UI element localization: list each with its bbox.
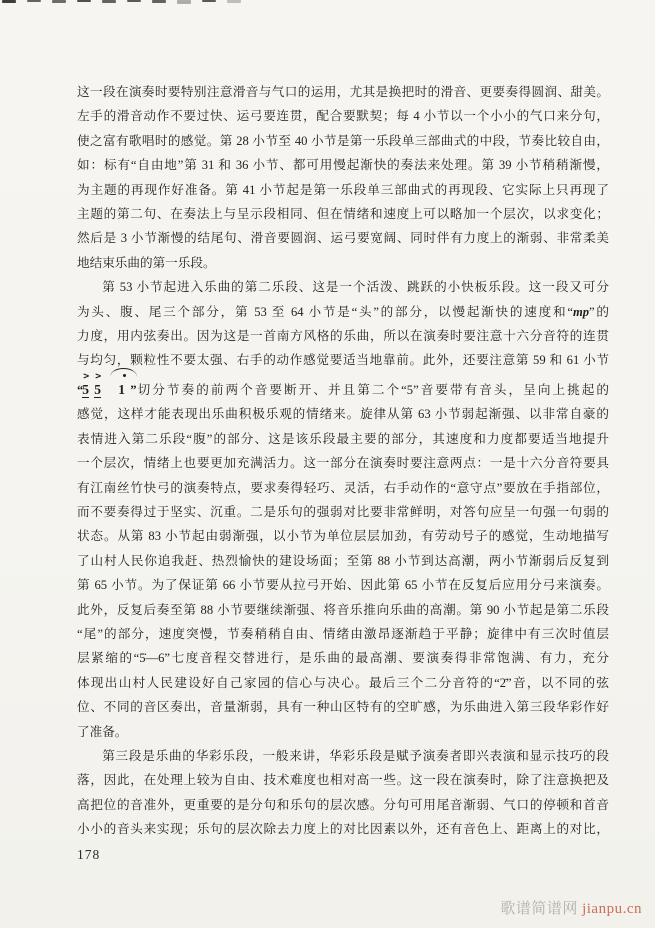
note-1-high: 1 — [118, 378, 130, 402]
text-line: 体现出山村人民建设好自己家园的信心与决心。最后三个二分音符的“2̇”音，以不同的… — [77, 671, 609, 695]
text-line: 如：标有“自由地”第 31 和 36 小节、都可用慢起渐快的奏法来处理。第 39… — [77, 153, 609, 177]
dash — [2, 0, 16, 3]
dash — [152, 0, 166, 3]
accent-mark: > — [83, 365, 89, 389]
text-line: 感觉，这样才能表现出乐曲积极乐观的情绪来。旋律从第 63 小节弱起渐强、以非常自… — [77, 402, 609, 426]
text-line: 为头、腹、尾三个部分，第 53 至 64 小节是“头”的部分，以慢起渐快的速度和… — [77, 300, 609, 324]
text-line: “尾”的部分，速度突慢，节奏稍稍自由、情绪由激昂逐渐趋于平静；旋律中有三次时值层 — [77, 622, 609, 646]
text-line paragraph-start: 第 53 小节起进入乐曲的第二乐段、这是一个活泼、跳跃的小快板乐段。这一段又可分 — [77, 275, 609, 299]
note-5-second: >5 — [94, 378, 106, 402]
text-line: 然后是 3 小节渐慢的结尾句、滑音要圆润、运弓要宽阔、同时伴有力度上的渐弱、非常… — [77, 226, 609, 250]
text-line paragraph-start: 第三段是乐曲的华彩乐段，一般来讲，华彩乐段是赋予演奏者即兴表演和显示技巧的段 — [77, 744, 609, 768]
dash — [227, 0, 241, 3]
text-line: 层紧缩的“5̇—6”七度音程交替进行，是乐曲的最高潮、要演奏得非常饱满、有力，充… — [77, 646, 609, 670]
text-line: 了准备。 — [77, 720, 609, 744]
text-line: 使之富有歌唱时的感觉。第 28 小节至 40 小节是第一乐段单三部曲式的中段，节… — [77, 129, 609, 153]
tie-arc — [110, 368, 137, 379]
text-line: 高把位的音准外，更重要的是分句和乐句的层次感。分句可用尾音渐弱、气口的停顿和首音 — [77, 793, 609, 817]
accent-mark: > — [95, 365, 101, 389]
dynamic-marking-mp: mp — [573, 305, 589, 319]
text-line: 力度，用内弦奏出。因为这是一首南方风格的乐曲，所以在演奏时要注意十六分音符的连贯 — [77, 324, 609, 348]
watermark-site-url: jianpu.cn — [582, 901, 642, 917]
text-line: 有江南丝竹快弓的演奏特点，要求奏得轻巧、灵活，右手动作的“意守点”要放在手指部位… — [77, 476, 609, 500]
dash — [77, 0, 91, 2]
text-line: 这一段在演奏时要特别注意滑音与气口的运用，尤其是换把时的滑音、更要奏得圆润、甜美… — [77, 80, 609, 104]
text-line: 而不要奏得过于坚实、沉重。二是乐句的强弱对比要非常鲜明，对答句应呈一句强一句弱的 — [77, 500, 609, 524]
scan-artifact-dashes — [2, 0, 241, 4]
text-segment: 切分节奏的前两个音要断开、并且第二个“5”音要带有音头，呈向上挑起的 — [136, 383, 609, 397]
dash — [102, 0, 116, 3]
text-line: 落，因此，在处理上较为自由、技术难度也相对高一些。这一段在演奏时，除了注意换把及 — [77, 768, 609, 792]
text-line: 左手的滑音动作不要过快、运弓要连贯，配合要默契；每 4 小节以一个小小的气口来分… — [77, 104, 609, 128]
text-segment: ”的 — [589, 305, 609, 319]
text-line: 位、不同的音区奏出，音量渐弱，具有一种山区特有的空旷感，为乐曲进入第三段华彩作好 — [77, 695, 609, 719]
text-line: 了山村人民你追我赶、热烈愉快的建设场面；至第 88 小节到达高潮，两小节渐弱后反… — [77, 549, 609, 573]
text-segment: 为头、腹、尾三个部分，第 53 至 64 小节是“头”的部分，以慢起渐快的速度和… — [77, 305, 573, 319]
text-line: 状态。从第 83 小节起由弱渐强，以小节为单位层层加劲，有劳动号子的感觉，生动地… — [77, 524, 609, 548]
note-5-first: >5 — [82, 378, 94, 402]
text-line: 小小的音头来实现；乐句的层次除去力度上的对比因素以外，还有音色上、距离上的对比， — [77, 817, 609, 841]
text-line: 第 65 小节。为了保证第 66 小节要从拉弓开始、因此第 65 小节在反复后应… — [77, 573, 609, 597]
text-line: 表情进入第二乐段“腹”的部分、这是该乐段最主要的部分，其速度和力度都要适当地提升 — [77, 427, 609, 451]
close-quote: ” — [130, 383, 135, 397]
watermark: 歌谱简谱网 jianpu.cn — [500, 897, 642, 918]
dash — [27, 0, 41, 2]
scanned-book-page: { "page": { "number": "178", "watermark_… — [0, 0, 655, 928]
dash — [202, 0, 216, 2]
text-line: 一个层次，情绪上也要更加充满活力。这一部分在演奏时要注意两点：一是十六分音符要具 — [77, 451, 609, 475]
jianpu-notation: “>5>51” — [77, 378, 136, 402]
text-line: 地结束乐曲的第一乐段。 — [77, 251, 609, 275]
page-number: 178 — [77, 843, 609, 867]
text-line: 与均匀，颗粒性不要太强、右手的动作感觉要适当地靠前。此外，还要注意第 59 和 … — [77, 348, 609, 372]
dash — [52, 0, 66, 3]
dash — [177, 0, 191, 4]
dash — [127, 0, 141, 2]
text-line: 此外，反复后奏至第 88 小节要继续渐强、将音乐推向乐曲的高潮。第 90 小节起… — [77, 598, 609, 622]
body-text: 这一段在演奏时要特别注意滑音与气口的运用，尤其是换把时的滑音、更要奏得圆润、甜美… — [77, 80, 609, 867]
watermark-site-name: 歌谱简谱网 — [500, 901, 578, 917]
text-line: 主题的第二句、在奏法上与呈示段相同、但在情绪和速度上可以略加一个层次，以求变化； — [77, 202, 609, 226]
text-line notation-line: “>5>51”切分节奏的前两个音要断开、并且第二个“5”音要带有音头，呈向上挑起… — [77, 378, 609, 402]
text-line: 为主题的再现作好准备。第 41 小节起是第一乐段单三部曲式的再现段、它实际上只再… — [77, 178, 609, 202]
